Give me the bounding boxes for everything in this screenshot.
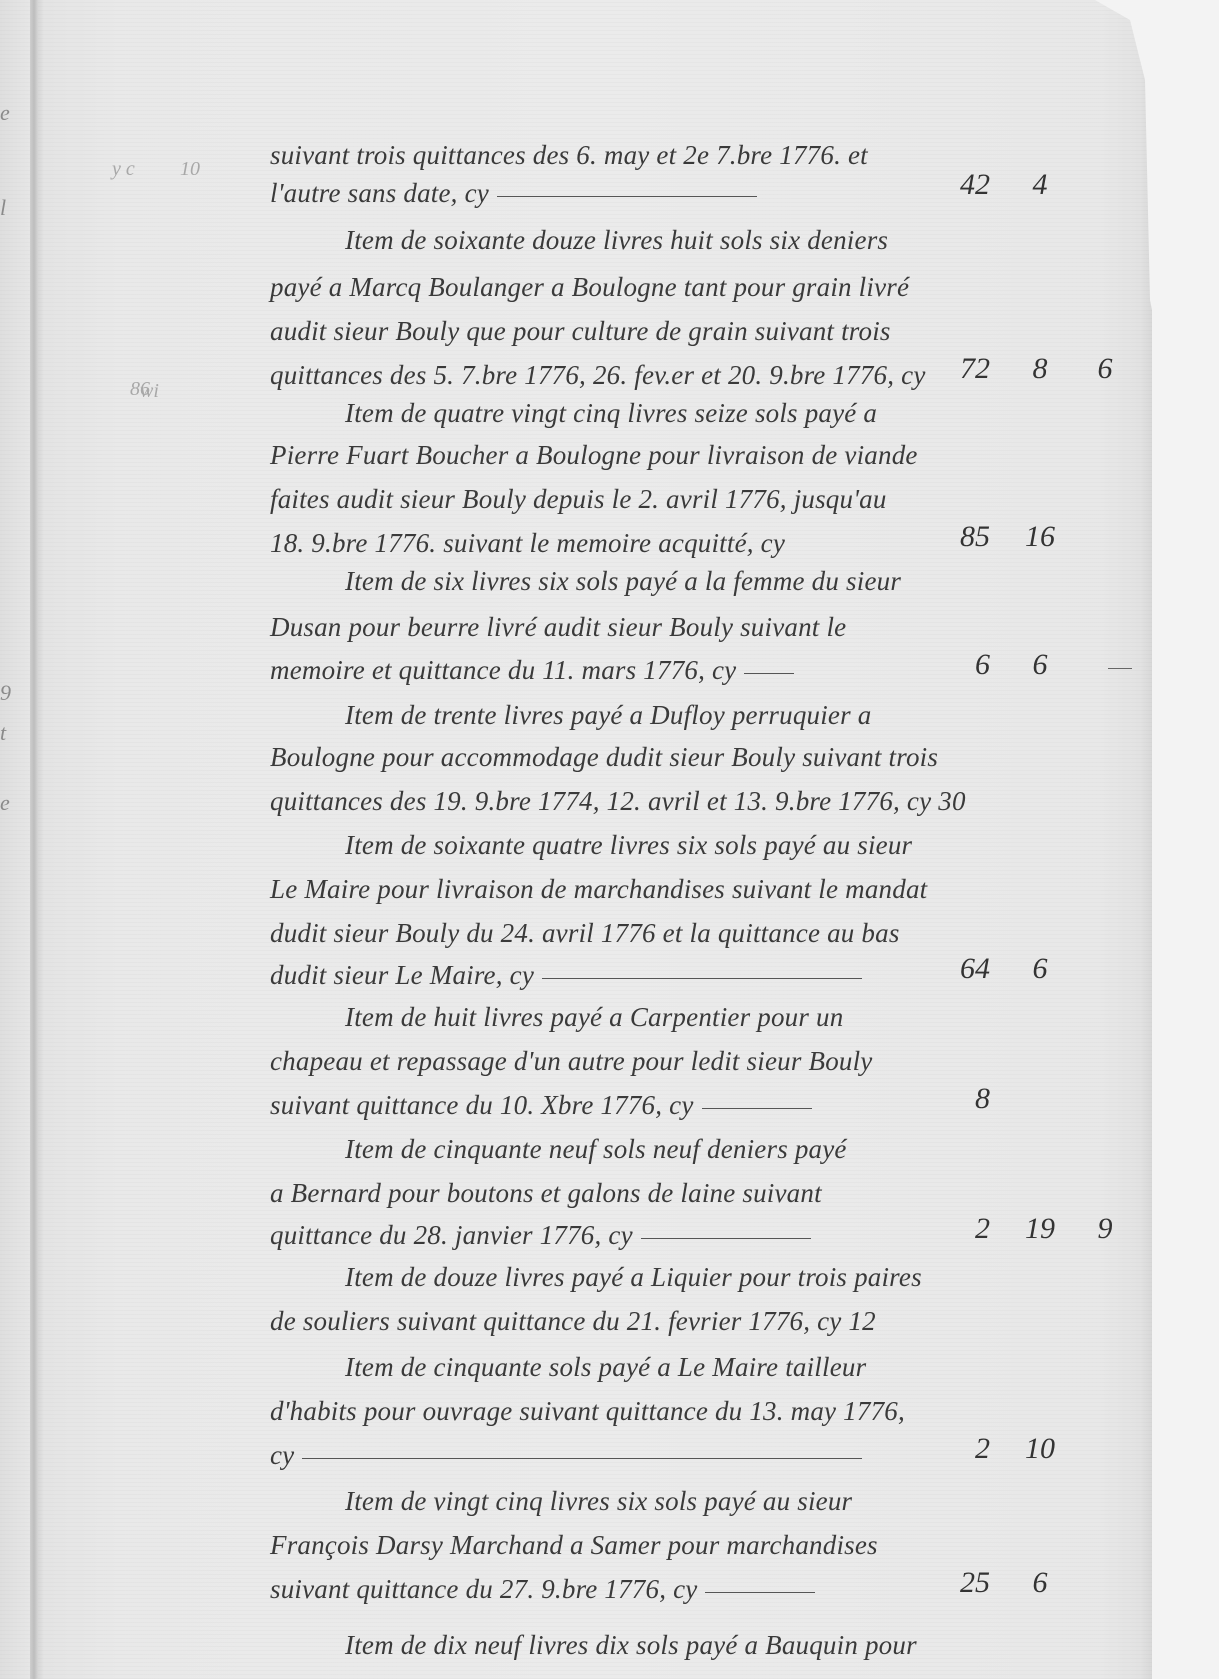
entry-line: Item de soixante quatre livres six sols … <box>345 830 1175 861</box>
entry-line: a Bernard pour boutons et galons de lain… <box>270 1178 1100 1209</box>
ledger-entries: suivant trois quittances des 6. may et 2… <box>0 0 1219 1679</box>
entry-line: suivant quittance du 10. Xbre 1776, cy <box>270 1090 910 1121</box>
amount-sols: 6 <box>1010 952 1070 986</box>
entry-line: Le Maire pour livraison de marchandises … <box>270 874 1100 905</box>
entry-line: faites audit sieur Bouly depuis le 2. av… <box>270 484 1100 515</box>
amount-sols: 6 <box>1010 648 1070 682</box>
entry-line: Item de cinquante sols payé a Le Maire t… <box>345 1352 1175 1383</box>
amount-sols: 19 <box>1010 1212 1070 1246</box>
entry-line: Boulogne pour accommodage dudit sieur Bo… <box>270 742 1100 773</box>
entry-line: François Darsy Marchand a Samer pour mar… <box>270 1530 1100 1561</box>
amount-sols: 10 <box>1010 1432 1070 1466</box>
amount-sols: 6 <box>1010 1566 1070 1600</box>
amount-livres: 72 <box>920 352 990 386</box>
amount-livres: 25 <box>920 1566 990 1600</box>
entry-line: dudit sieur Le Maire, cy <box>270 960 910 991</box>
entry-line: Item de six livres six sols payé a la fe… <box>345 566 1175 597</box>
blank-deniers-dash <box>1108 668 1132 669</box>
entry-line: quittance du 28. janvier 1776, cy <box>270 1220 930 1251</box>
amount-deniers: 9 <box>1080 1212 1130 1246</box>
amount-livres: 42 <box>920 168 990 202</box>
entry-line: 18. 9.bre 1776. suivant le memoire acqui… <box>270 528 870 559</box>
entry-line: Item de dix neuf livres dix sols payé a … <box>345 1630 1175 1661</box>
entry-line: Item de soixante douze livres huit sols … <box>345 225 1175 256</box>
entry-line: Item de huit livres payé a Carpentier po… <box>345 1002 1175 1033</box>
entry-line: Item de cinquante neuf sols neuf deniers… <box>345 1134 1175 1165</box>
amount-deniers: 6 <box>1080 352 1130 386</box>
entry-line: de souliers suivant quittance du 21. fev… <box>270 1306 1100 1337</box>
amount-livres: 85 <box>920 520 990 554</box>
entry-line: quittances des 19. 9.bre 1774, 12. avril… <box>270 786 1100 817</box>
entry-line: Pierre Fuart Boucher a Boulogne pour liv… <box>270 440 1100 471</box>
entry-line: Item de vingt cinq livres six sols payé … <box>345 1486 1175 1517</box>
entry-line: Item de trente livres payé a Dufloy perr… <box>345 700 1175 731</box>
entry-line: cy <box>270 1440 910 1471</box>
amount-livres: 2 <box>920 1432 990 1466</box>
entry-line: Dusan pour beurre livré audit sieur Boul… <box>270 612 1100 643</box>
entry-line: chapeau et repassage d'un autre pour led… <box>270 1046 1100 1077</box>
entry-line: quittances des 5. 7.bre 1776, 26. fev.er… <box>270 360 920 391</box>
entry-line: audit sieur Bouly que pour culture de gr… <box>270 316 1100 347</box>
amount-livres: 64 <box>920 952 990 986</box>
amount-sols: 16 <box>1010 520 1070 554</box>
entry-line: payé a Marcq Boulanger a Boulogne tant p… <box>270 272 1100 303</box>
entry-line: l'autre sans date, cy <box>270 178 910 209</box>
entry-line: Item de quatre vingt cinq livres seize s… <box>345 398 1175 429</box>
amount-livres: 6 <box>920 648 990 682</box>
entry-line: dudit sieur Bouly du 24. avril 1776 et l… <box>270 918 1100 949</box>
amount-livres: 8 <box>920 1082 990 1116</box>
entry-line: Item de douze livres payé a Liquier pour… <box>345 1262 1175 1293</box>
amount-sols: 8 <box>1010 352 1070 386</box>
entry-line: suivant quittance du 27. 9.bre 1776, cy <box>270 1574 910 1605</box>
amount-livres: 2 <box>920 1212 990 1246</box>
entry-line: memoire et quittance du 11. mars 1776, c… <box>270 655 910 686</box>
amount-sols: 4 <box>1010 168 1070 202</box>
entry-line: suivant trois quittances des 6. may et 2… <box>270 140 1100 171</box>
entry-line: d'habits pour ouvrage suivant quittance … <box>270 1396 1100 1427</box>
